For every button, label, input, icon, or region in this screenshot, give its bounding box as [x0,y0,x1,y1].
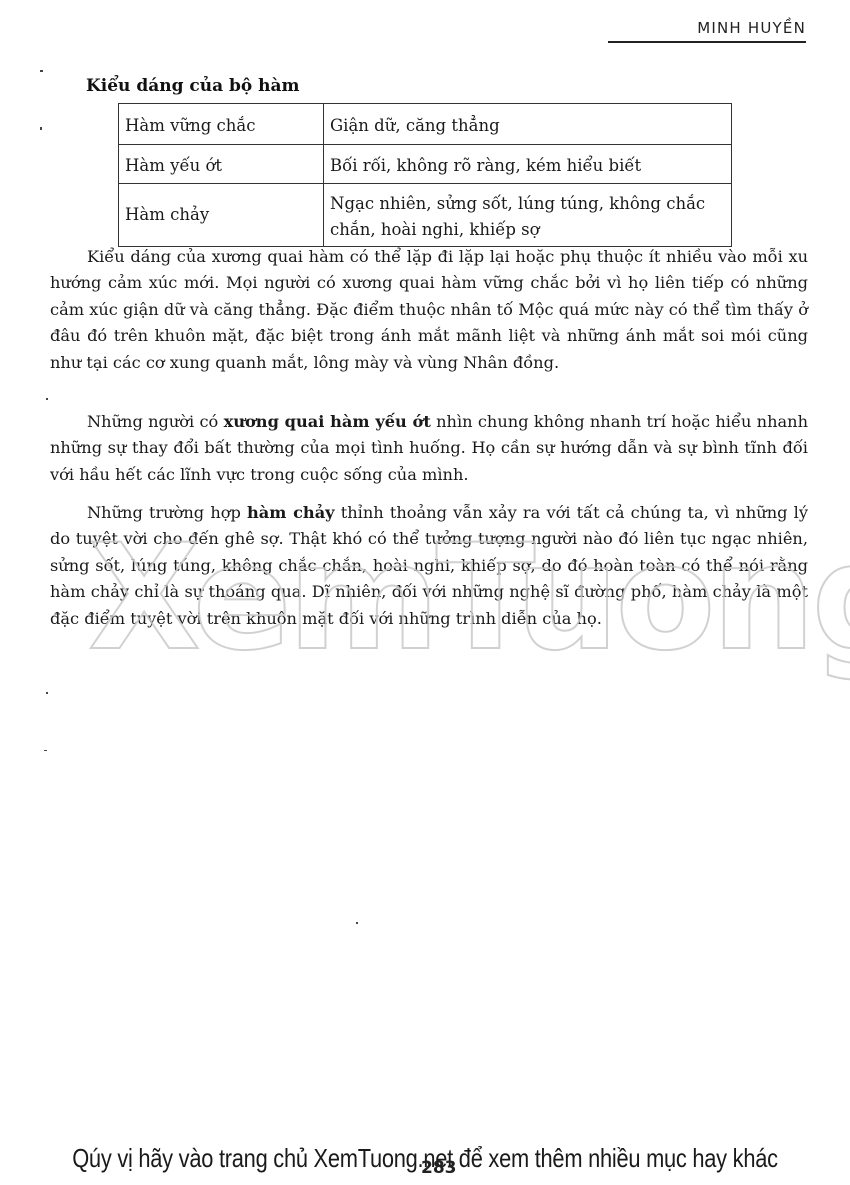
paragraph-text: Những trường hợp [87,503,247,522]
page-number: 283 [421,1158,457,1178]
bold-term: hàm chảy [247,503,335,522]
scan-speck [356,922,358,924]
paragraph-slack-jaw: Những trường hợp hàm chảy thỉnh thoảng v… [50,500,808,632]
scan-speck [44,750,47,751]
jaw-type-cell: Hàm yếu ớt [119,145,324,184]
table-row: Hàm chảy Ngạc nhiên, sửng sốt, lúng túng… [119,184,732,247]
jaw-meaning-cell: Ngạc nhiên, sửng sốt, lúng túng, không c… [324,184,732,247]
paragraph-jaw-shape: Kiểu dáng của xương quai hàm có thể lặp … [50,244,808,376]
table-row: Hàm vững chắc Giận dữ, căng thẳng [119,104,732,145]
jaw-type-cell: Hàm vững chắc [119,104,324,145]
section-title: Kiểu dáng của bộ hàm [86,76,300,96]
scan-speck [46,692,48,694]
paragraph-weak-jaw: Những người có xương quai hàm yếu ớt nhì… [50,409,808,488]
scan-speck [40,127,42,130]
book-page: MINH HUYỀN Kiểu dáng của bộ hàm Hàm vững… [0,0,850,1185]
jaw-shape-table: Hàm vững chắc Giận dữ, căng thẳng Hàm yế… [118,103,732,247]
table-row: Hàm yếu ớt Bối rối, không rõ ràng, kém h… [119,145,732,184]
jaw-meaning-cell: Bối rối, không rõ ràng, kém hiểu biết [324,145,732,184]
scan-speck [40,70,43,72]
running-header-title: MINH HUYỀN [697,19,806,37]
paragraph-text: Những người có [87,412,224,431]
bold-term: xương quai hàm yếu ớt [224,412,431,431]
running-header: MINH HUYỀN [608,0,806,43]
jaw-meaning-cell: Giận dữ, căng thẳng [324,104,732,145]
scan-speck [46,398,48,400]
jaw-type-cell: Hàm chảy [119,184,324,247]
